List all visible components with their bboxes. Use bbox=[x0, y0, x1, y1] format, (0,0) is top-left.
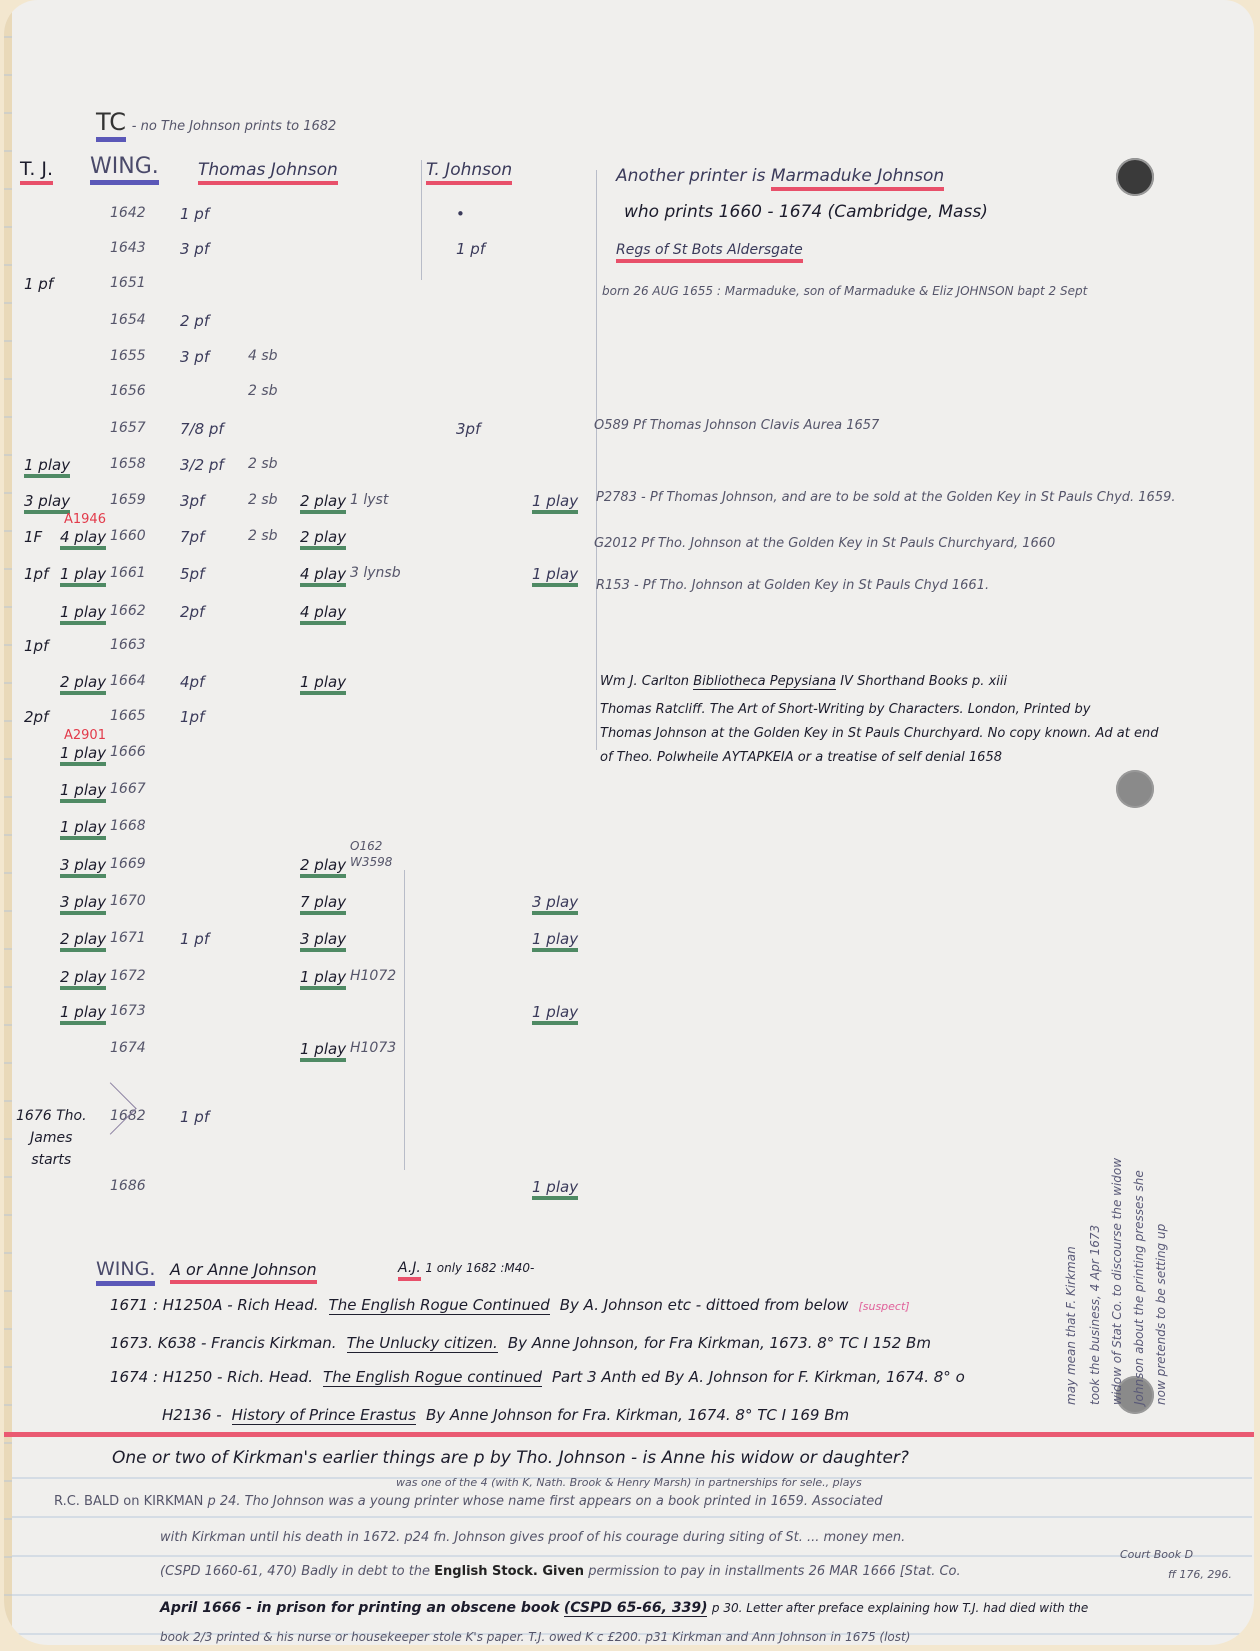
header-tj: T. J. bbox=[20, 158, 53, 180]
anne-entry-prefix: 1674 : H1250 - Rich. Head. bbox=[110, 1368, 313, 1386]
anne-aj: A.J. 1 only 1682 :M40- bbox=[398, 1260, 534, 1276]
margin-note-line: widow of Stat Co. to discourse the widow bbox=[1110, 1158, 1124, 1405]
anne-entry-suffix: By Anne Johnson, for Fra Kirkman, 1673. … bbox=[508, 1334, 931, 1352]
red-reference-note: A2901 bbox=[64, 728, 106, 743]
column-divider bbox=[596, 170, 597, 750]
note-carlton: Wm J. Carlton Bibliotheca Pepysiana IV S… bbox=[600, 674, 1007, 689]
cell-tc1: 3 pf bbox=[180, 240, 209, 258]
cell-tj: 1 pf bbox=[24, 275, 53, 293]
cell-year: 1655 bbox=[110, 348, 146, 364]
cell-col3: 4 play bbox=[300, 603, 346, 621]
court-pages: ff 176, 296. bbox=[1168, 1568, 1232, 1581]
cell-tc1: 3pf bbox=[180, 492, 204, 510]
cell-year: 1672 bbox=[110, 968, 146, 984]
cell-tc2: 2 sb bbox=[248, 492, 278, 508]
cell-col3: 3 play bbox=[300, 930, 346, 948]
cell-year: 1657 bbox=[110, 420, 146, 436]
cell-tjohn-play: 3 play bbox=[532, 893, 578, 911]
notebook-page: TC - no The Johnson prints to 1682 T. J.… bbox=[4, 0, 1254, 1645]
cell-tc1: 5pf bbox=[180, 565, 204, 583]
cell-tj-extra: 3 play bbox=[60, 856, 106, 874]
cell-tc1: 7pf bbox=[180, 528, 204, 546]
note-p2783: P2783 - Pf Thomas Johnson, and are to be… bbox=[596, 490, 1176, 505]
cell-tc1: 4pf bbox=[180, 673, 204, 691]
cell-col3: 2 play bbox=[300, 856, 346, 874]
note-ratcliff-1: Thomas Ratcliff. The Art of Short-Writin… bbox=[600, 702, 1090, 717]
header-t-johnson: T. Johnson bbox=[426, 160, 512, 180]
cell-col3: 2 play bbox=[300, 528, 346, 546]
page-title-text: - no The Johnson prints to 1682 bbox=[132, 119, 337, 134]
cell-year: 1674 bbox=[110, 1040, 146, 1056]
cell-year: 1686 bbox=[110, 1178, 146, 1194]
note-1676: 1676 Tho. James starts bbox=[16, 1105, 87, 1171]
anne-entry-bracket-note: [suspect] bbox=[858, 1300, 909, 1313]
header-thomas-johnson: Thomas Johnson bbox=[198, 160, 338, 180]
note-marmaduke: Another printer is Marmaduke Johnson bbox=[616, 166, 944, 186]
cell-col4: H1072 bbox=[350, 968, 396, 984]
arrow-icon bbox=[84, 1082, 136, 1134]
note-born: born 26 AUG 1655 : Marmaduke, son of Mar… bbox=[602, 284, 1087, 298]
note-o589: O589 Pf Thomas Johnson Clavis Aurea 1657 bbox=[594, 418, 879, 433]
anne-entry-title: The English Rogue continued bbox=[323, 1368, 542, 1387]
cell-tj-extra: 4 play bbox=[60, 528, 106, 546]
cell-year: 1651 bbox=[110, 275, 146, 291]
cell-year: 1660 bbox=[110, 528, 146, 544]
question-note: One or two of Kirkman's earlier things a… bbox=[112, 1448, 909, 1468]
cell-year: 1663 bbox=[110, 637, 146, 653]
cell-col3: 1 play bbox=[300, 1040, 346, 1058]
note-ratcliff-2: Thomas Johnson at the Golden Key in St P… bbox=[600, 726, 1159, 741]
anne-entry: 1671 : H1250A - Rich Head.The English Ro… bbox=[110, 1296, 920, 1314]
cell-tjohn-play: 1 play bbox=[532, 1003, 578, 1021]
cell-tc1: 1pf bbox=[180, 708, 204, 726]
cell-year: 1661 bbox=[110, 565, 146, 581]
cell-tc1: 2 pf bbox=[180, 312, 209, 330]
anne-entry-suffix: By A. Johnson etc - dittoed from below bbox=[560, 1296, 849, 1314]
cell-tj: 1F bbox=[24, 528, 42, 546]
cell-tj-extra: 1 play bbox=[60, 603, 106, 621]
cell-tjohn-play: 1 play bbox=[532, 492, 578, 510]
punch-hole bbox=[1116, 158, 1154, 196]
anne-entry-prefix: 1673. K638 - Francis Kirkman. bbox=[110, 1334, 337, 1352]
cell-year: 1667 bbox=[110, 781, 146, 797]
cell-year: 1656 bbox=[110, 383, 146, 399]
bald-line-1: R.C. BALD on KIRKMAN p 24. Tho Johnson w… bbox=[54, 1494, 883, 1509]
anne-entry-title: The English Rogue Continued bbox=[329, 1296, 550, 1315]
anne-entry: 1674 : H1250 - Rich. Head.The English Ro… bbox=[110, 1368, 975, 1386]
cell-year: 1643 bbox=[110, 240, 146, 256]
cell-col3: 1 play bbox=[300, 673, 346, 691]
cell-tj-extra: 1 play bbox=[60, 781, 106, 799]
cell-tj-extra: 1 play bbox=[60, 565, 106, 583]
anne-wing: WING. bbox=[96, 1258, 155, 1280]
cell-year: 1642 bbox=[110, 205, 146, 221]
cell-year: 1654 bbox=[110, 312, 146, 328]
margin-note-line: now pretends to be setting up bbox=[1154, 1224, 1168, 1405]
note-g2012: G2012 Pf Tho. Johnson at the Golden Key … bbox=[594, 536, 1055, 551]
cell-tjohn: • bbox=[456, 205, 465, 223]
cell-col4: O162 W3598 bbox=[350, 838, 392, 870]
cell-tc2: 2 sb bbox=[248, 383, 278, 399]
cell-year: 1673 bbox=[110, 1003, 146, 1019]
cell-tc1: 3/2 pf bbox=[180, 456, 224, 474]
cell-year: 1659 bbox=[110, 492, 146, 508]
note-r153: R153 - Pf Tho. Johnson at Golden Key in … bbox=[596, 578, 989, 593]
cell-tj-extra: 1 play bbox=[60, 744, 106, 762]
court-book: Court Book D bbox=[1120, 1548, 1193, 1561]
cell-tj-extra: 2 play bbox=[60, 930, 106, 948]
cell-col3: 4 play bbox=[300, 565, 346, 583]
cell-year: 1662 bbox=[110, 603, 146, 619]
note-regs: Regs of St Bots Aldersgate bbox=[616, 242, 803, 258]
cell-tj: 3 play bbox=[24, 492, 70, 510]
cell-year: 1668 bbox=[110, 818, 146, 834]
anne-entry-suffix: Part 3 Anth ed By A. Johnson for F. Kirk… bbox=[552, 1368, 965, 1386]
red-reference-note: A1946 bbox=[64, 512, 106, 527]
cell-tc1: 7/8 pf bbox=[180, 420, 224, 438]
cell-year: 1671 bbox=[110, 930, 146, 946]
bald-line-2: with Kirkman until his death in 1672. p2… bbox=[160, 1530, 905, 1545]
cell-tc2: 4 sb bbox=[248, 348, 278, 364]
cell-col3: 7 play bbox=[300, 893, 346, 911]
cell-tjohn-play: 1 play bbox=[532, 930, 578, 948]
cell-tjohn: 3pf bbox=[456, 420, 480, 438]
cell-col4: 3 lynsb bbox=[350, 565, 401, 581]
cell-col3: 1 play bbox=[300, 968, 346, 986]
note-ratcliff-3: of Theo. Polwheile ΑΥΤΑΡΚΕΙΑ or a treati… bbox=[600, 750, 1002, 765]
cell-tj-extra: 3 play bbox=[60, 893, 106, 911]
cell-year: 1670 bbox=[110, 893, 146, 909]
cell-year: 1658 bbox=[110, 456, 146, 472]
anne-entry-prefix: 1671 : H1250A - Rich Head. bbox=[110, 1296, 319, 1314]
cell-tc1: 1 pf bbox=[180, 1108, 209, 1126]
cell-tc2: 2 sb bbox=[248, 528, 278, 544]
anne-name: A or Anne Johnson bbox=[170, 1260, 317, 1279]
column-divider bbox=[421, 160, 422, 280]
anne-entry-title: The Unlucky citizen. bbox=[347, 1334, 498, 1353]
margin-note-line: Johnson about the printing presses she bbox=[1132, 1170, 1146, 1405]
bald-line-4: April 1666 - in prison for printing an o… bbox=[160, 1600, 1088, 1616]
anne-entry: 1673. K638 - Francis Kirkman.The Unlucky… bbox=[110, 1334, 941, 1352]
bald-line-5: book 2/3 printed & his nurse or housekee… bbox=[160, 1630, 910, 1644]
cell-tj-extra: 2 play bbox=[60, 968, 106, 986]
cell-tc1: 2pf bbox=[180, 603, 204, 621]
cell-tj-extra: 2 play bbox=[60, 673, 106, 691]
cell-tjohn-play: 1 play bbox=[532, 1178, 578, 1196]
cell-year: 1665 bbox=[110, 708, 146, 724]
cell-tj: 1pf bbox=[24, 637, 48, 655]
cell-tj: 1pf bbox=[24, 565, 48, 583]
cell-year: 1664 bbox=[110, 673, 146, 689]
cell-tc1: 1 pf bbox=[180, 930, 209, 948]
cell-col4: 1 lyst bbox=[350, 492, 388, 508]
page-edge-rules bbox=[4, 0, 12, 1645]
red-divider bbox=[4, 1432, 1254, 1437]
cell-tjohn-play: 1 play bbox=[532, 565, 578, 583]
cell-tj-extra: 1 play bbox=[60, 1003, 106, 1021]
header-wing: WING. bbox=[90, 154, 159, 179]
note-marmaduke-dates: who prints 1660 - 1674 (Cambridge, Mass) bbox=[624, 202, 988, 222]
bald-line-3: (CSPD 1660-61, 470) Badly in debt to the… bbox=[160, 1564, 961, 1579]
page-title: TC - no The Johnson prints to 1682 bbox=[96, 108, 336, 136]
margin-note-line: may mean that F. Kirkman bbox=[1064, 1246, 1078, 1405]
cell-tj-extra: 1 play bbox=[60, 818, 106, 836]
cell-tc1: 3 pf bbox=[180, 348, 209, 366]
column-divider bbox=[404, 870, 405, 1170]
margin-note-line: took the business, 4 Apr 1673 bbox=[1088, 1225, 1102, 1405]
cell-year: 1669 bbox=[110, 856, 146, 872]
cell-year: 1666 bbox=[110, 744, 146, 760]
punch-hole bbox=[1116, 770, 1154, 808]
cell-col3: 2 play bbox=[300, 492, 346, 510]
anne-entry: H2136 -History of Prince ErastusBy Anne … bbox=[162, 1406, 859, 1424]
cell-col4: H1073 bbox=[350, 1040, 396, 1056]
anne-entry-title: History of Prince Erastus bbox=[232, 1406, 416, 1425]
cell-tj: 2pf bbox=[24, 708, 48, 726]
cell-tjohn: 1 pf bbox=[456, 240, 485, 258]
cell-tc1: 1 pf bbox=[180, 205, 209, 223]
cell-tc2: 2 sb bbox=[248, 456, 278, 472]
bald-insert: was one of the 4 (with K, Nath. Brook & … bbox=[396, 1476, 862, 1489]
anne-entry-prefix: H2136 - bbox=[162, 1406, 222, 1424]
anne-entry-suffix: By Anne Johnson for Fra. Kirkman, 1674. … bbox=[426, 1406, 849, 1424]
cell-tj: 1 play bbox=[24, 456, 70, 474]
